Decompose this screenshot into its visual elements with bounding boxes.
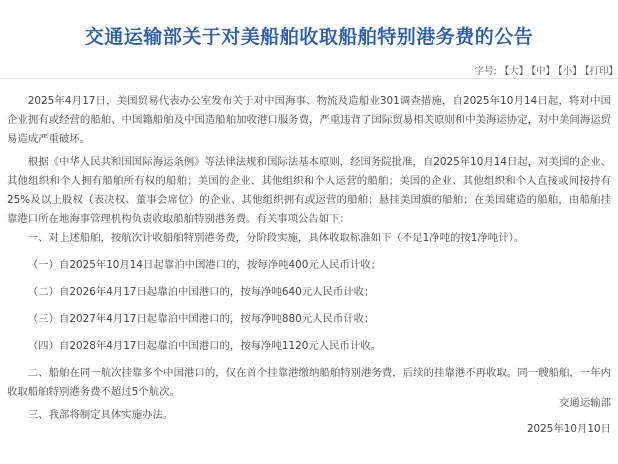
fee-stage-4: （四）自2028年4月17日起靠泊中国港口的，按每净吨1120元人民币计收。 — [7, 337, 611, 356]
font-small-button[interactable]: 【小】 — [558, 66, 582, 77]
page-title: 交通运输部关于对美船舶收取船舶特别港务费的公告 — [0, 22, 618, 49]
issue-date: 2025年10月10日 — [527, 420, 611, 435]
paragraph-item-1: 一、对上述船舶，按航次计收船舶特别港务费，分阶段实施，具体收取标准如下（不足1净… — [7, 229, 611, 248]
fee-stage-1: （一）自2025年10月14日起靠泊中国港口的，按每净吨400元人民币计收； — [7, 256, 611, 275]
paragraph-background: 2025年4月17日，美国贸易代表办公室发布关于对中国海事、物流及造船业301调… — [7, 92, 611, 149]
fee-stage-2: （二）自2026年4月17日起靠泊中国港口的，按每净吨640元人民币计收； — [7, 283, 611, 302]
issuer-signature: 交通运输部 — [559, 394, 611, 409]
font-medium-button[interactable]: 【中】 — [531, 66, 555, 77]
font-large-button[interactable]: 【大】 — [500, 66, 529, 77]
paragraph-basis: 根据《中华人民共和国国际海运条例》等法律法规和国际法基本原则，经国务院批准，自2… — [7, 153, 611, 229]
title-divider — [0, 78, 618, 79]
font-size-toolbar: 字号:【大】【中】【小】【打印】 — [474, 63, 618, 77]
paragraph-item-3: 三、我部将制定具体实施办法。 — [7, 406, 611, 425]
print-button[interactable]: 【打印】 — [585, 66, 618, 77]
fee-stage-3: （三）自2027年4月17日起靠泊中国港口的，按每净吨880元人民币计收； — [7, 310, 611, 329]
font-size-label: 字号: — [474, 66, 496, 77]
article-body: 2025年4月17日，美国贸易代表办公室发布关于对中国海事、物流及造船业301调… — [7, 92, 611, 429]
paragraph-item-2: 二、船舶在同一航次挂靠多个中国港口的，仅在首个挂靠港缴纳船舶特别港务费，后续的挂… — [7, 364, 611, 402]
